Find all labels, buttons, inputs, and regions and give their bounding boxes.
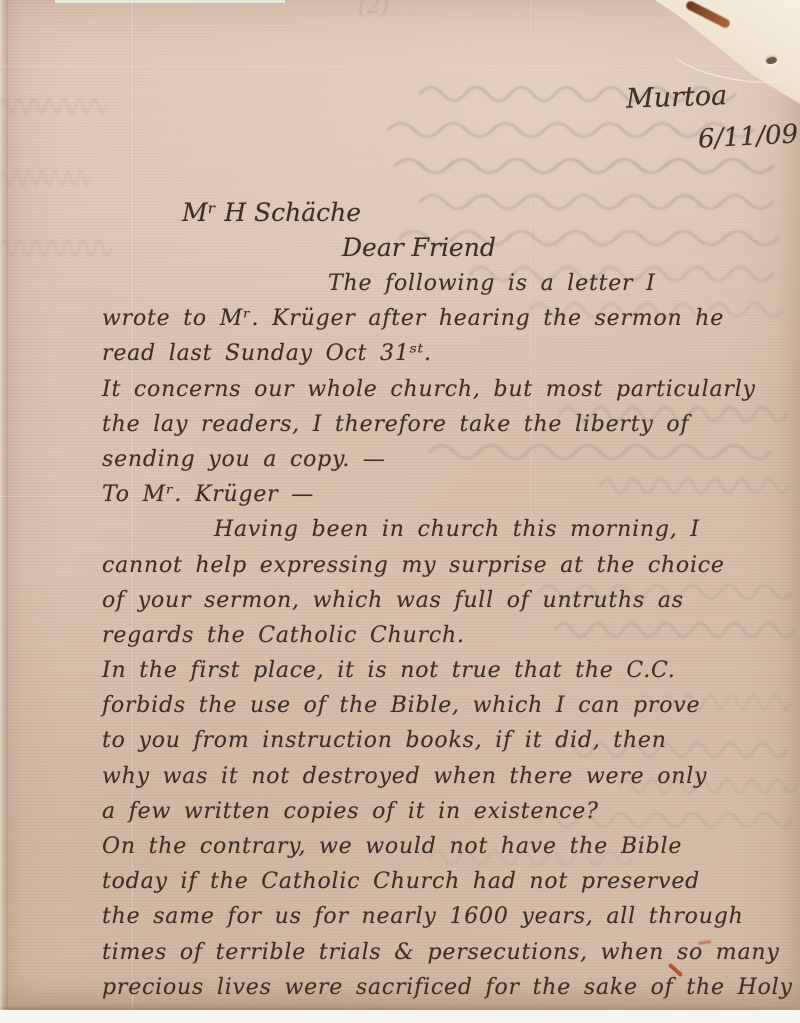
letter-recipient: Mʳ H Schäche	[182, 198, 361, 227]
letter-line: sending you a copy. —	[102, 442, 792, 477]
letter-line: read last Sunday Oct 31ˢᵗ.	[102, 336, 792, 371]
letter-line: the lay readers, I therefore take the li…	[102, 407, 792, 442]
letter-line: times of terrible trials & persecutions,…	[102, 935, 792, 970]
scanned-letter-page: { "colors": { "paper": "#d9c2af", "ink":…	[0, 0, 800, 1023]
letter-line: today if the Catholic Church had not pre…	[102, 864, 792, 899]
letter-line: wrote to Mʳ. Krüger after hearing the se…	[102, 301, 792, 336]
letter-line: cannot help expressing my surprise at th…	[102, 548, 792, 583]
letter-date: 6/11/09	[697, 119, 799, 154]
letter-line: why was it not destroyed when there were…	[102, 759, 792, 794]
scan-background-bottom	[0, 1010, 800, 1023]
letter-line: On the contrary, we would not have the B…	[102, 829, 792, 864]
letter-line: Having been in church this morning, I	[102, 512, 792, 547]
letter-line: to you from instruction books, if it did…	[102, 723, 792, 758]
letter-line: forbids the use of the Bible, which I ca…	[102, 688, 792, 723]
scan-background-sliver	[55, 0, 285, 3]
letter-line: precious lives were sacrificed for the s…	[102, 970, 792, 1005]
letter-salutation: Dear Friend	[342, 233, 496, 262]
letter-line: In the first place, it is not true that …	[102, 653, 792, 688]
letter-line: of your sermon, which was full of untrut…	[102, 583, 792, 618]
paper-left-edge	[0, 0, 5, 1010]
letter-line: The following is a letter I	[102, 266, 792, 301]
letter-body: The following is a letter I wrote to Mʳ.…	[102, 266, 792, 1005]
letter-line: a few written copies of it in existence?	[102, 794, 792, 829]
letter-line: the same for us for nearly 1600 years, a…	[102, 899, 792, 934]
letter-place: Murtoa	[625, 80, 727, 115]
ghost-page-number: (2)	[358, 0, 389, 19]
paper-left-edge-line	[7, 0, 8, 1010]
letter-line: It concerns our whole church, but most p…	[102, 372, 792, 407]
letter-line: regards the Catholic Church.	[102, 618, 792, 653]
letter-line: To Mʳ. Krüger —	[102, 477, 792, 512]
